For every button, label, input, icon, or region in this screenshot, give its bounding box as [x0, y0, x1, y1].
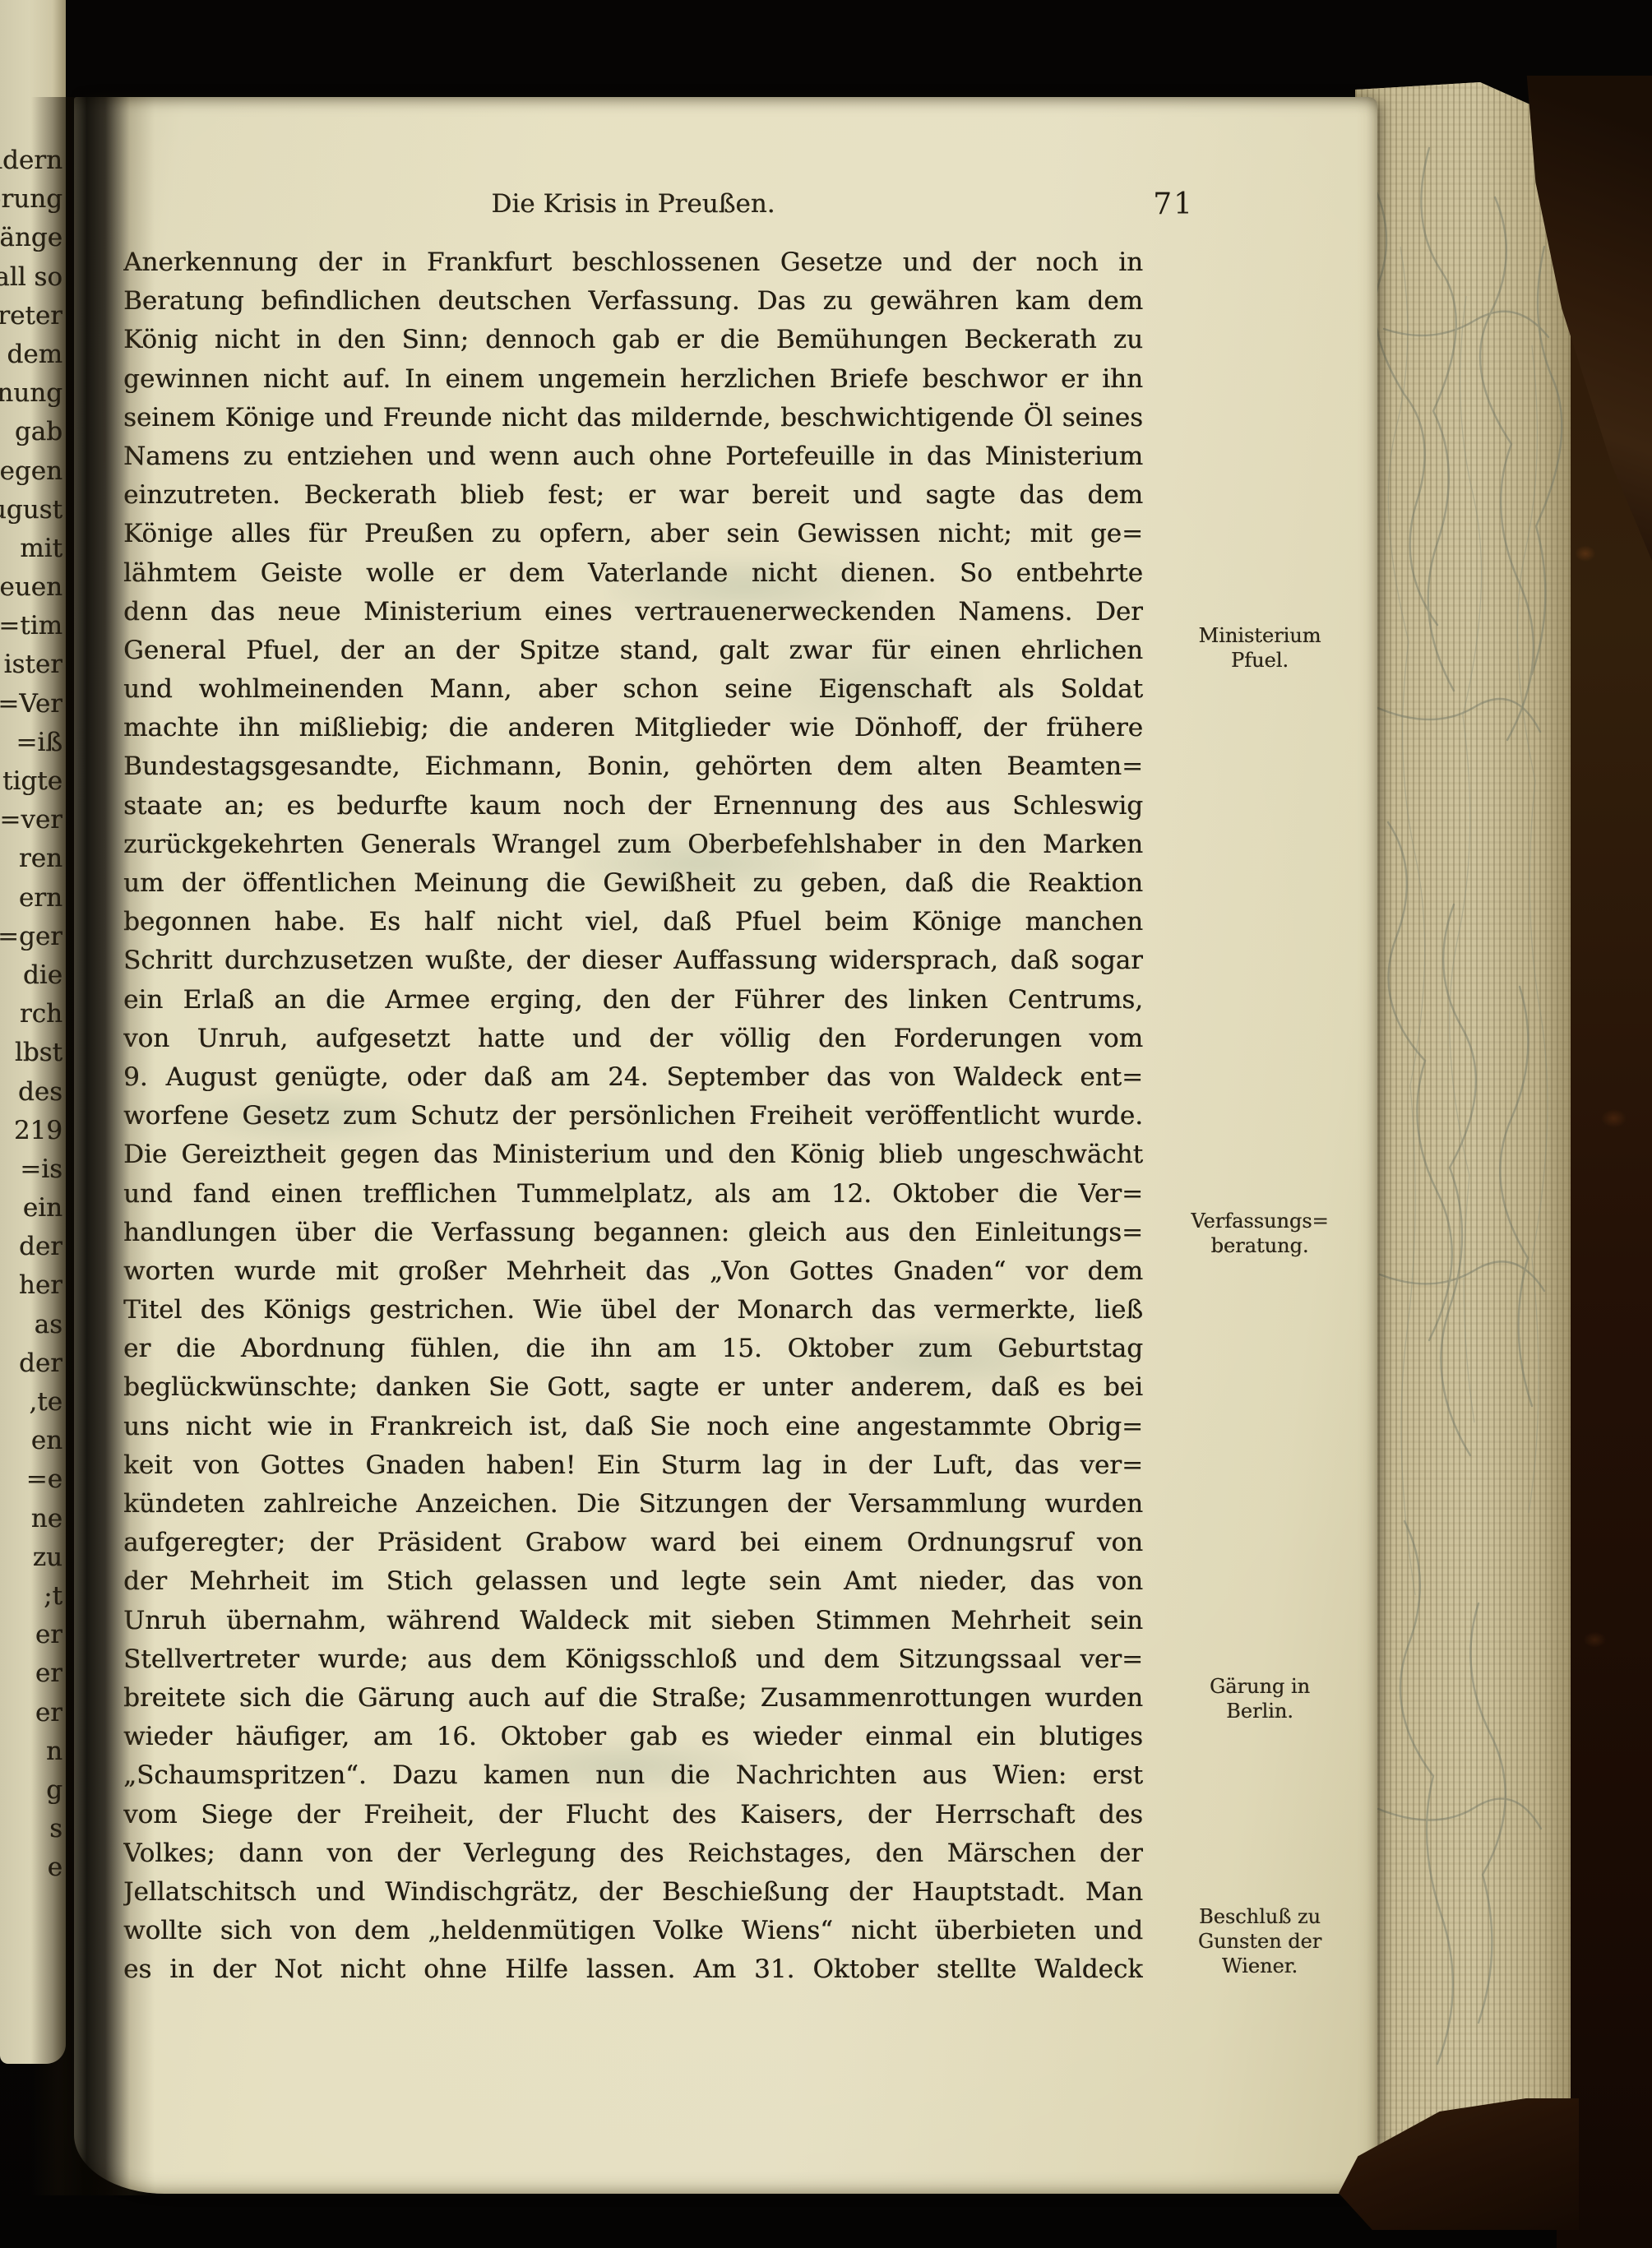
page-fragment: ern: [0, 879, 62, 918]
text-line: Titel des Königs gestrichen. Wie übel de…: [123, 1291, 1143, 1330]
body-text: Anerkennung der in Frankfurt beschlossen…: [123, 243, 1143, 1989]
text-line: worfene Gesetz zum Schutz der persönlich…: [123, 1097, 1143, 1136]
page-fragment: des: [0, 1073, 62, 1112]
text-line: einzutreten. Beckerath blieb fest; er wa…: [123, 476, 1143, 515]
page-fragment: e: [0, 1848, 62, 1887]
page-fragment: die: [0, 956, 62, 995]
margin-note-beschluss-wiener: Beschluß zu Gunsten der Wiener.: [1145, 1904, 1375, 1978]
page-fragment: s: [0, 1810, 62, 1848]
running-header-title: Die Krisis in Preußen.: [123, 189, 1143, 219]
page-fragment: ndern: [0, 141, 62, 180]
text-line: Die Gereiztheit gegen das Ministerium un…: [123, 1136, 1143, 1174]
page-fragment: n: [0, 1732, 62, 1771]
text-line: vom Siege der Freiheit, der Flucht des K…: [123, 1796, 1143, 1834]
text-line: denn das neue Ministerium eines vertraue…: [123, 593, 1143, 631]
text-line: Stellvertreter wurde; aus dem Königsschl…: [123, 1640, 1143, 1679]
page-fragment: ren: [0, 840, 62, 878]
text-line: zurückgekehrten Generals Wrangel zum Obe…: [123, 826, 1143, 864]
text-line: wieder häufiger, am 16. Oktober gab es w…: [123, 1718, 1143, 1756]
page-fragment: mit: [0, 530, 62, 568]
page-fragment: ister: [0, 645, 62, 684]
page-fragment: er: [0, 1616, 62, 1654]
text-line: von Unruh, aufgesetzt hatte und der völl…: [123, 1020, 1143, 1058]
text-line: Anerkennung der in Frankfurt beschlossen…: [123, 243, 1143, 282]
text-line: lähmtem Geiste wolle er dem Vaterlande n…: [123, 554, 1143, 593]
page-fragment: tigte: [0, 762, 62, 801]
page-fragment: tim=: [0, 607, 62, 645]
note-line: Gunsten der: [1145, 1929, 1375, 1954]
page-fragment: e=: [0, 1460, 62, 1499]
page-fragment: lbst: [0, 1034, 62, 1072]
page-fragment: t;: [0, 1577, 62, 1616]
fore-edge-pages: [1355, 82, 1571, 2205]
text-line: Namens zu entziehen und wenn auch ohne P…: [123, 437, 1143, 476]
page-fragment: der: [0, 1228, 62, 1266]
text-line: er die Abordnung fühlen, die ihn am 15. …: [123, 1330, 1143, 1368]
page-fragment: gab: [0, 413, 62, 451]
note-line: Ministerium: [1145, 623, 1375, 648]
margin-note-ministerium-pfuel: Ministerium Pfuel.: [1145, 623, 1375, 673]
page-fragment: egen.: [0, 452, 62, 491]
book-page: Die Krisis in Preußen. 71 Anerkennung de…: [74, 97, 1377, 2194]
text-line: um der öffentlichen Meinung die Gewißhei…: [123, 864, 1143, 903]
page-fragment: is=: [0, 1150, 62, 1189]
book-photo: ndernerunggängeall sotreterdemnunggabege…: [0, 0, 1652, 2248]
page-fragment: en: [0, 1422, 62, 1460]
text-line: uns nicht wie in Frankreich ist, daß Sie…: [123, 1408, 1143, 1446]
page-fragment: g: [0, 1771, 62, 1810]
text-line: begonnen habe. Es half nicht viel, daß P…: [123, 903, 1143, 941]
page-fragment: nung: [0, 374, 62, 413]
text-line: machte ihn mißliebig; die anderen Mitgli…: [123, 709, 1143, 747]
page-fragment: der: [0, 1344, 62, 1383]
text-line: „Schaumspritzen“. Dazu kamen nun die Nac…: [123, 1756, 1143, 1795]
note-line: Beschluß zu: [1145, 1904, 1375, 1929]
text-line: Beratung befindlichen deutschen Verfassu…: [123, 282, 1143, 321]
page-fragment: euen: [0, 568, 62, 607]
note-line: Berlin.: [1145, 1699, 1375, 1723]
page-number: 71: [1153, 187, 1194, 221]
note-line: beratung.: [1145, 1233, 1375, 1258]
page-fragment: treter: [0, 297, 62, 335]
page-fragment: zu: [0, 1538, 62, 1577]
text-line: handlungen über die Verfassung begannen:…: [123, 1214, 1143, 1252]
text-line: Schritt durchzusetzen wußte, der dieser …: [123, 941, 1143, 980]
page-fragment: ger=: [0, 918, 62, 956]
page-fragment: erung: [0, 180, 62, 219]
page-fragment: te,: [0, 1383, 62, 1422]
text-line: es in der Not nicht ohne Hilfe lassen. A…: [123, 1950, 1143, 1989]
text-line: staate an; es bedurfte kaum noch der Ern…: [123, 787, 1143, 826]
page-fragment: 219: [0, 1112, 62, 1150]
text-line: Unruh übernahm, während Waldeck mit sieb…: [123, 1602, 1143, 1640]
text-line: aufgeregter; der Präsident Grabow ward b…: [123, 1524, 1143, 1562]
text-line: kündeten zahlreiche Anzeichen. Die Sitzu…: [123, 1485, 1143, 1524]
page-fragment: gänge: [0, 219, 62, 257]
text-line: 9. August genügte, oder daß am 24. Septe…: [123, 1058, 1143, 1097]
page-fragment: ugust: [0, 491, 62, 530]
page-fragment: dem: [0, 335, 62, 374]
page-fragment: er: [0, 1654, 62, 1693]
text-line: wollte sich von dem „heldenmütigen Volke…: [123, 1912, 1143, 1950]
text-line: General Pfuel, der an der Spitze stand, …: [123, 631, 1143, 670]
text-line: Könige alles für Preußen zu opfern, aber…: [123, 515, 1143, 553]
text-line: Volkes; dann von der Verlegung des Reich…: [123, 1834, 1143, 1873]
text-line: seinem Könige und Freunde nicht das mild…: [123, 399, 1143, 437]
text-line: worten wurde mit großer Mehrheit das „Vo…: [123, 1252, 1143, 1291]
text-line: und wohlmeinenden Mann, aber schon seine…: [123, 670, 1143, 709]
page-fragment: er: [0, 1694, 62, 1732]
page-fragment: ver=: [0, 801, 62, 840]
text-line: keit von Gottes Gnaden haben! Ein Sturm …: [123, 1446, 1143, 1485]
page-fragment: iß=: [0, 724, 62, 762]
text-line: breitete sich die Gärung auch auf die St…: [123, 1679, 1143, 1718]
page-fragment: her: [0, 1266, 62, 1305]
note-line: Gärung in: [1145, 1674, 1375, 1699]
page-fragment: rch: [0, 995, 62, 1034]
page-fragment: as: [0, 1306, 62, 1344]
page-fragment: Ver=: [0, 685, 62, 724]
note-line: Verfassungs=: [1145, 1209, 1375, 1233]
note-line: Wiener.: [1145, 1954, 1375, 1978]
text-line: und fand einen trefflichen Tummelplatz, …: [123, 1175, 1143, 1214]
text-line: Bundestagsgesandte, Eichmann, Bonin, geh…: [123, 747, 1143, 786]
text-line: beglückwünschte; danken Sie Gott, sagte …: [123, 1368, 1143, 1407]
text-line: der Mehrheit im Stich gelassen und legte…: [123, 1562, 1143, 1601]
text-line: gewinnen nicht auf. In einem ungemein he…: [123, 360, 1143, 399]
margin-note-gaerung-berlin: Gärung in Berlin.: [1145, 1674, 1375, 1723]
text-line: König nicht in den Sinn; dennoch gab er …: [123, 321, 1143, 359]
page-fragment: all so: [0, 258, 62, 297]
marbled-veins: [1355, 82, 1571, 2205]
text-line: Jellatschitsch und Windischgrätz, der Be…: [123, 1873, 1143, 1912]
margin-note-verfassungsberatung: Verfassungs= beratung.: [1145, 1209, 1375, 1258]
facing-page-edge: ndernerunggängeall sotreterdemnunggabege…: [0, 0, 66, 2064]
facing-page-fragments: ndernerunggängeall sotreterdemnunggabege…: [0, 141, 62, 1887]
page-fragment: ne: [0, 1500, 62, 1538]
note-line: Pfuel.: [1145, 648, 1375, 673]
running-header: Die Krisis in Preußen. 71: [123, 189, 1143, 230]
page-fragment: ein: [0, 1189, 62, 1228]
text-line: ein Erlaß an die Armee erging, den der F…: [123, 981, 1143, 1020]
